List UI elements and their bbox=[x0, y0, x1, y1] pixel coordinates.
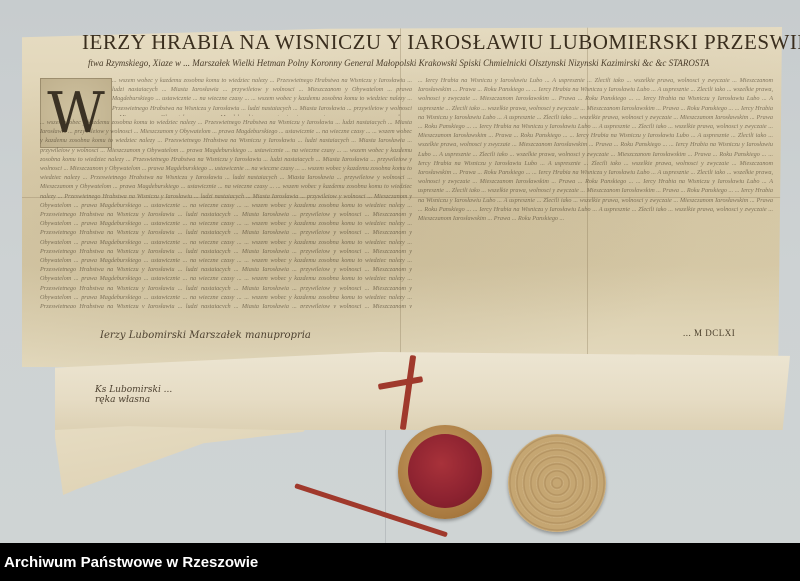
document-date: ... M DCLXI bbox=[683, 328, 735, 338]
seal-box-lid bbox=[508, 434, 606, 532]
body-text-left: ... wszem wobec y kazdemu zosobna komu t… bbox=[112, 77, 412, 116]
body-text-left-lower: ... wszem wobec y kazdemu zosobna komu t… bbox=[40, 119, 412, 308]
signature-primary: Ierzy Lubomirski Marszałek manupropria bbox=[100, 330, 311, 341]
signature-secondary: Ks Lubomirski ... ręka własna bbox=[95, 385, 185, 405]
archive-footer: Archiwum Państwowe w Rzeszowie bbox=[0, 543, 800, 581]
document-heading: IERZY HRABIA NA WISNICZU Y IAROSŁAWIU LU… bbox=[82, 30, 782, 55]
wax-seal-box bbox=[398, 425, 492, 519]
background-seam bbox=[385, 430, 386, 543]
document-body-text: ... Iercy Hrabia na Wisniczu y Iarosławi… bbox=[418, 76, 773, 308]
archive-name: Archiwum Państwowe w Rzeszowie bbox=[4, 554, 258, 571]
document-body-text: ... wszem wobec y kazdemu zosobna komu t… bbox=[112, 76, 412, 116]
archive-photo: IERZY HRABIA NA WISNICZU Y IAROSŁAWIU LU… bbox=[0, 0, 800, 543]
document-body-text: ... wszem wobec y kazdemu zosobna komu t… bbox=[40, 118, 412, 308]
red-wax-seal bbox=[408, 434, 482, 508]
document-subheading: ftwa Rzymskiego, Xiaze w ... Marszałek W… bbox=[88, 58, 768, 68]
body-text-right: ... Iercy Hrabia na Wisniczu y Iarosławi… bbox=[418, 77, 773, 222]
